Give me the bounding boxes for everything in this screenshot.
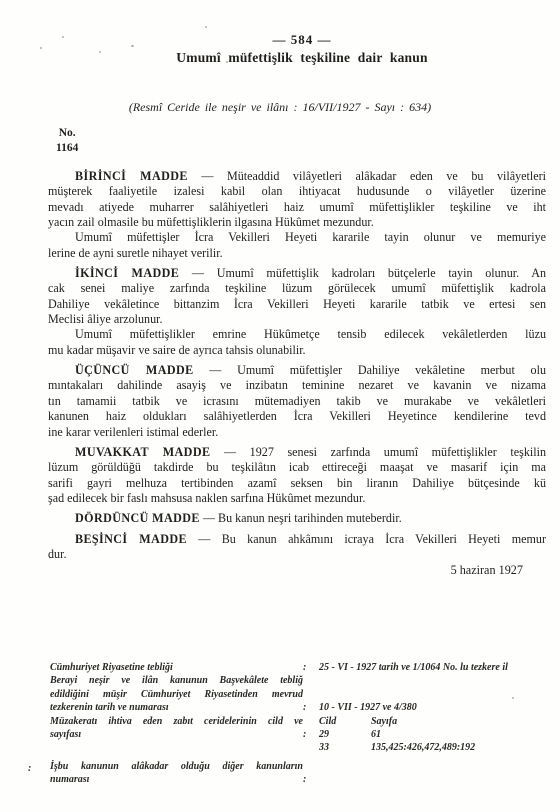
text-line: yacın zail olmasile bu müfettişliklerin … [48,215,546,230]
article-text: — 1927 senesi zarfında umumî müfettişlik… [210,445,546,459]
article-1: BİRİNCİ MADDE — Müteaddid vilâyetleri al… [48,169,546,230]
text-line: İKİNCİ MADDE — Umumî müfettişlik kadrola… [48,266,546,281]
article-heading: BEŞİNCİ MADDE [75,532,187,546]
article-2: İKİNCİ MADDE — Umumî müfettişlik kadrola… [48,266,546,327]
text-line: kanunen haiz oldukları salâhiyetlerden İ… [48,409,546,424]
text-line: Dahiliye vekâletince bittanzim İcra Veki… [48,297,546,312]
colon-separator: : [303,661,319,674]
record-value [319,760,556,773]
text-line: şad edilecek bir faslı mahsusa naklen sa… [48,491,546,506]
article-4: DÖRDÜNCÜ MADDE — Bu kanun neşri tarihind… [48,511,546,526]
article-text: — Umumî müfettişler Dahiliye vekâletine … [194,363,546,377]
colon-separator [303,674,319,687]
text-line: DÖRDÜNCÜ MADDE — Bu kanun neşri tarihind… [48,511,546,526]
law-number-label: No. [56,126,78,141]
record-row: İşbu kanunun alâkadar olduğu diğer kanun… [50,760,556,773]
article-5: BEŞİNCİ MADDE — Bu kanun ahkâmını icraya… [48,532,546,563]
text-line: sarifi gayri melhuza tertibinden azamî s… [48,476,546,491]
record-label: sayıfası [50,728,303,741]
document-page: — 584 — Umumî müfettişlik teşkiline dair… [0,0,560,812]
text-line: lüzum görüldüğü takdirde bu teşkilâtın i… [48,460,546,475]
article-text: — Müteaddid vilâyetleri alâkadar eden ve… [188,169,546,183]
article-text: — Bu kanun ahkâmını icraya İcra Vekiller… [187,532,546,546]
colon-separator: : [303,773,319,786]
record-label: numarası [50,773,303,786]
text-line: ine karar verilenleri istimal ederler. [48,425,546,440]
article-heading: İKİNCİ MADDE [75,266,179,280]
volume-header: Cild [319,715,371,728]
colon-separator [303,715,319,728]
record-label: Cümhuriyet Riyasetine tebliği [50,661,303,674]
volume-number: 29 [319,728,371,741]
article-heading: MUVAKKAT MADDE [75,445,210,459]
record-value: 33135,425:426,472,489:192 [319,741,556,754]
record-label: Berayi neşir ve ilân kanunun Başvekâlete… [50,674,303,687]
text-line: cak senei maliye zarfında teşkiline lüzu… [48,281,546,296]
record-value: 2961 [319,728,556,741]
record-row: Müzakeratı ihtiva eden zabıt ceridelerin… [50,715,556,728]
provisional-article: MUVAKKAT MADDE — 1927 senesi zarfında um… [48,445,546,506]
record-value [319,674,556,687]
page-numbers: 61 [371,729,381,740]
article-heading: DÖRDÜNCÜ MADDE [75,511,200,525]
article-3: ÜÇÜNCÜ MADDE — Umumî müfettişler Dahiliy… [48,363,546,440]
scan-artifact-colon: : [28,763,31,774]
record-row: tezkerenin tarih ve numarası:10 - VII - … [50,701,556,714]
text-line: MUVAKKAT MADDE — 1927 senesi zarfında um… [48,445,546,460]
text-line: BEŞİNCİ MADDE — Bu kanun ahkâmını icraya… [48,532,546,547]
law-number-value: 1164 [56,141,78,156]
text-line: mevadı atiyede muharrer salâhiyetleri ha… [48,200,546,215]
page-header: Sayıfa [371,716,397,727]
colon-separator [303,741,319,754]
legislative-record-block: Cümhuriyet Riyasetine tebliği:25 - VI - … [50,661,556,787]
text-line: dur. [48,547,546,562]
article-text: — Umumî müfettişlik kadroları bütçelerle… [179,266,546,280]
record-value [319,773,556,786]
record-label [50,741,303,754]
text-line: lerine de ayni suretle nihayet verilir. [48,246,546,261]
signature-date: 5 haziran 1927 [451,563,523,578]
article-heading: ÜÇÜNCÜ MADDE [75,363,194,377]
article-2-continuation: Umumî müfettişlikler emrine Hükûmetçe te… [48,327,546,358]
record-row: Cümhuriyet Riyasetine tebliği:25 - VI - … [50,661,556,674]
text-line: Meclisi âliye arzolunur. [48,312,546,327]
record-label: edildiğini müşir Cümhuriyet Riyasetinden… [50,688,303,701]
text-line: Umumî müfettişler İcra Vekilleri Heyeti … [48,230,546,245]
article-text: — Bu kanun neşri tarihinden muteberdir. [200,511,402,525]
colon-separator [303,760,319,773]
record-label: Müzakeratı ihtiva eden zabıt ceridelerin… [50,715,303,728]
record-value: 10 - VII - 1927 ve 4/380 [319,701,556,714]
article-1-continuation: Umumî müfettişler İcra Vekilleri Heyeti … [48,230,546,261]
text-line: BİRİNCİ MADDE — Müteaddid vilâyetleri al… [48,169,546,184]
colon-separator [303,688,319,701]
text-line: mu kadar müşavir ve saire de ayrıca tahs… [48,343,546,358]
scan-artifact [40,47,42,49]
record-value [319,688,556,701]
page-number: — 584 — [44,32,560,48]
record-row: sayıfası:2961 [50,728,556,741]
record-label: tezkerenin tarih ve numarası [50,701,303,714]
text-line: tın tamamii tatbik ve icrasını mütemadiy… [48,394,546,409]
scan-artifact [205,26,207,28]
colon-separator: : [303,701,319,714]
colon-separator: : [303,728,319,741]
record-row: Berayi neşir ve ilân kanunun Başvekâlete… [50,674,556,687]
record-label: İşbu kanunun alâkadar olduğu diğer kanun… [50,760,303,773]
record-row: edildiğini müşir Cümhuriyet Riyasetinden… [50,688,556,701]
record-row: numarası: [50,773,556,786]
text-line: mıntakaları dahilinde asayiş ve inzibatı… [48,378,546,393]
publication-line: (Resmî Ceride ile neşir ve ilânı : 16/VI… [30,100,530,115]
record-value: 25 - VI - 1927 tarih ve 1/1064 No. lu te… [319,661,556,674]
record-value: CildSayıfa [319,715,556,728]
text-line: ÜÇÜNCÜ MADDE — Umumî müfettişler Dahiliy… [48,363,546,378]
record-row: 33135,425:426,472,489:192 [50,741,556,754]
page-numbers: 135,425:426,472,489:192 [371,742,475,753]
text-line: Umumî müfettişlikler emrine Hükûmetçe te… [48,327,546,342]
article-heading: BİRİNCİ MADDE [75,169,188,183]
volume-number: 33 [319,741,371,754]
document-title: Umumî müfettişlik teşkiline dair kanun [44,50,560,66]
law-text: BİRİNCİ MADDE — Müteaddid vilâyetleri al… [48,169,546,562]
law-number-block: No. 1164 [56,126,78,155]
text-line: müşterek faaliyetile izalesi kabil olan … [48,184,546,199]
